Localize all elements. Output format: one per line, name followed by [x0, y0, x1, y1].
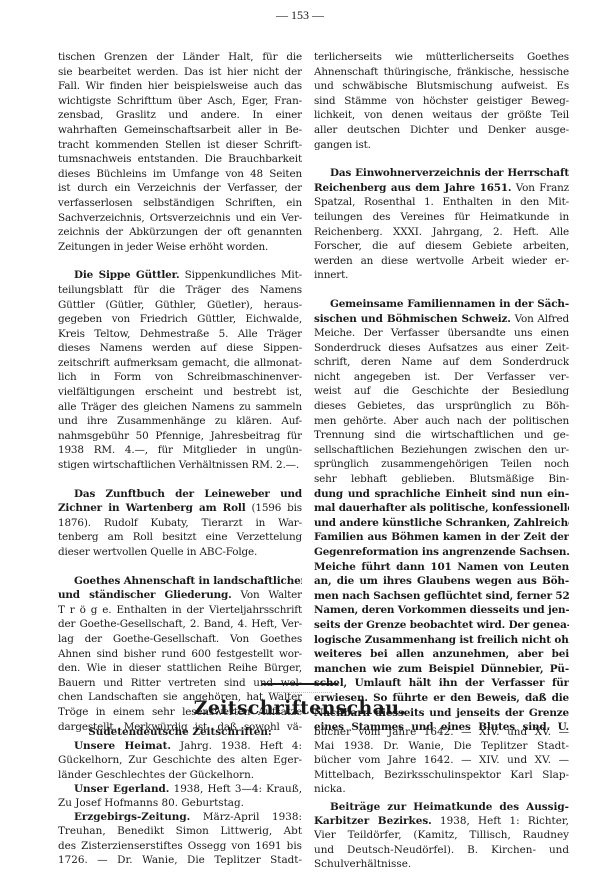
text-line: sehr lebhaft geblieben. Blutsmäßige Bin- [314, 472, 569, 487]
journal-title: Beiträge zur Heimatkunde des Aussig- [314, 800, 569, 814]
text-line: dieses Gebietes, das ursprünglich zu Böh… [314, 399, 569, 414]
journal-entry-beitraege-heimatkunde: Beiträge zur Heimatkunde des Aussig- Kar… [314, 800, 569, 871]
journal-title: Unsere Heimat. [74, 740, 171, 752]
journal-title: Karbitzer Bezirkes. [314, 815, 432, 827]
text-line: schel, Umlauft hält ihn der Verfasser fü… [314, 676, 569, 691]
text-line: Güttler (Gütler, Güthler, Güetler), hera… [58, 298, 302, 313]
text-line: vielfältigungen erscheint und bestrebt i… [58, 385, 302, 400]
text-line: 1876). Rudolf Kubaty, Tierarzt in War- [58, 516, 302, 531]
text-line: nicka. [314, 782, 569, 796]
text-line: Kreis Teltow, Dehmestraße 5. Alle Träger [58, 327, 302, 342]
text-line: (1596 bis [246, 502, 302, 514]
text-line: 1938 RM. 4.—, für Mitglieder in ungün- [58, 443, 302, 458]
journal-title: Unser Egerland. [74, 783, 169, 795]
text-line: Mittelbach, Bezirksschulinspektor Karl S… [314, 768, 569, 782]
journal-entry-unser-egerland: Unser Egerland. 1938, Heft 3—4: Krauß, Z… [58, 782, 302, 810]
text-line: Mai 1938. Dr. Wanie, Die Teplitzer Stadt… [314, 739, 569, 753]
entry-title: Goethes Ahnenschaft in landschaftlicher [58, 574, 302, 589]
text-line: verfasserlosen selbständigen Schriften, … [58, 196, 302, 211]
text-line: teilungen des Vereines für Heimatkunde i… [314, 210, 569, 225]
text-line: lag der Goethe-Gesellschaft. Von Goethes [58, 632, 302, 647]
text-line: Gegenreformation ins angrenzende Sachsen… [314, 545, 569, 560]
text-line: tumsnachweis entstanden. Die Brauchbarke… [58, 152, 302, 167]
text-line: terlicherseits wie mütterlicherseits Goe… [314, 50, 569, 65]
text-line: sind Stämme von höchster geistiger Beweg… [314, 94, 569, 109]
text-line: Sonderdruck dieses Aufsatzes aus einer Z… [314, 341, 569, 356]
text-line: Meiche führt dann 101 Namen von Leuten [314, 560, 569, 575]
text-line: wahrhaften Gemeinschaftsarbeit aller in … [58, 123, 302, 138]
text-line: zensbad, Graslitz und andere. In einer [58, 108, 302, 123]
entry-title: Das Zunftbuch der Leineweber und [58, 487, 302, 502]
text-line: dung und sprachliche Einheit sind nun ei… [314, 487, 569, 502]
text-line: 1938, Heft 3—4: Krauß, [169, 783, 302, 795]
journal-entry-erzgebirgs-zeitung: Erzgebirgs-Zeitung. März-April 1938: Tre… [58, 810, 302, 867]
text-line: Zu Josef Hofmanns 80. Geburtstag. [58, 796, 302, 810]
text-line: März-April 1938: [190, 811, 302, 823]
text-line: Von Alfred [511, 313, 569, 325]
text-line: logische Zusammenhang ist freilich nicht… [314, 633, 569, 648]
text-line: schrift, deren Name auf dem Sonderdruck [314, 355, 569, 370]
text-line: und ihre Zusammenhänge zu klären. Auf- [58, 414, 302, 429]
text-line: teilungsblatt für die Träger des Namens [58, 283, 302, 298]
text-line: tischen Grenzen der Länder Halt, für die [58, 50, 302, 65]
text-line: Sippenkundliches Mit- [179, 269, 302, 281]
text-line: Sachverzeichnis, Ortsverzeichnis und ein… [58, 211, 302, 226]
journal-review-left: Sudetendeutsche Zeitschriften: Unsere He… [58, 725, 302, 867]
text-line: Zeitungen in jeder Weise erhöht worden. [58, 240, 302, 255]
journal-review-right: bücher vom Jahre 1642. — XIV. und XV. — … [314, 725, 569, 871]
paragraph-sippe-guettler: Die Sippe Güttler. Sippenkundliches Mit-… [58, 268, 302, 472]
text-line: zeichnis der Abkürzungen der oft genannt… [58, 225, 302, 240]
left-column: tischen Grenzen der Länder Halt, für die… [58, 50, 302, 734]
entry-title: Das Einwohnerverzeichnis der Herrschaft [314, 166, 569, 181]
text-line: dieses Namens werden auf diese Sippen- [58, 341, 302, 356]
text-line: der Goethe-Gesellschaft, 2. Band, 4. Hef… [58, 617, 302, 632]
text-line: und andere künstliche Schranken, Zahlrei… [314, 516, 569, 531]
text-line: T r ö g e. Enthalten in der Vierteljahrs… [58, 603, 302, 618]
paragraph-bibliography-continuation: tischen Grenzen der Länder Halt, für die… [58, 50, 302, 254]
journal-entry-unsere-heimat: Unsere Heimat. Jahrg. 1938. Heft 4: Gück… [58, 739, 302, 782]
text-line: Familien aus Böhmen kamen in der Zeit de… [314, 530, 569, 545]
text-line: werden an diese wertvolle Arbeit wieder … [314, 254, 569, 269]
entry-title: sischen und Böhmischen Schweiz. [314, 313, 511, 325]
section-divider-dots [268, 692, 332, 694]
text-line: gegeben von Friedrich Güttler, Eichwalde… [58, 312, 302, 327]
text-line: 1726. — Dr. Wanie, Die Teplitzer Stadt- [58, 853, 302, 867]
text-line: Von Walter [232, 589, 302, 601]
paragraph-goethes-continuation: terlicherseits wie mütterlicherseits Goe… [314, 50, 569, 152]
text-line: Meiche. Der Verfasser übersandte uns ein… [314, 326, 569, 341]
text-line: men nach Sachsen geflüchtet sind, ferner… [314, 589, 569, 604]
text-line: lich in Form von Schreibmaschinenver- [58, 370, 302, 385]
text-line: tenberg am Roll besitzt eine Verzettelun… [58, 530, 302, 545]
text-line: an, die um ihres Glaubens wegen aus Böh- [314, 574, 569, 589]
text-line: bücher vom Jahre 1642. — XIV. und XV. — [314, 725, 569, 739]
page-number: — 153 — [0, 8, 600, 23]
text-line: wichtigste Schrifttum über Asch, Eger, F… [58, 94, 302, 109]
journal-entry-erzgebirgs-continuation: bücher vom Jahre 1642. — XIV. und XV. — … [314, 725, 569, 796]
text-line: Gückelhorn, Zur Geschichte des alten Ege… [58, 753, 302, 767]
text-line: Reichenberg. XXXI. Jahrgang, 2. Heft. Al… [314, 225, 569, 240]
text-line: innert. [314, 268, 569, 283]
text-line: Treuhan, Benedikt Simon Littwerig, Abt [58, 824, 302, 838]
text-line: Ahnenschaft thüringische, fränkische, he… [314, 65, 569, 80]
text-line: und Deutsch-Neudörfel). B. Kirchen- und [314, 843, 569, 857]
text-line: weiteres bei allen anzunehmen, aber bei [314, 647, 569, 662]
text-line: Jahrg. 1938. Heft 4: [171, 740, 302, 752]
text-line: men gehörte. Aber auch nach der politisc… [314, 414, 569, 429]
text-line: Von Franz [511, 182, 569, 194]
entry-title: Zichner in Wartenberg am Roll [58, 502, 246, 514]
text-line: Trennung sind die wirtschaftlichen und g… [314, 428, 569, 443]
text-line: sellschaftlichen Beziehungen zwischen de… [314, 443, 569, 458]
text-line: zeitschrift aufmerksam gemacht, die allm… [58, 356, 302, 371]
text-line: den. Wie in dieser stattlichen Reihe Bür… [58, 661, 302, 676]
text-line: Spatzal, Rosenthal 1. Enthalten in den M… [314, 195, 569, 210]
text-line: seits der Grenze beobachtet wird. Der ge… [314, 618, 569, 633]
entry-title: Die Sippe Güttler. [74, 269, 179, 281]
text-line: stigen wirtschaftlichen Verhältnissen RM… [58, 458, 302, 473]
text-line: sprünglich zusammengehörigen Teilen noch [314, 457, 569, 472]
text-line: lichkeit, von denen weitaus der größte T… [314, 108, 569, 123]
section-divider-rule [262, 683, 338, 685]
text-line: alle Träger des gleichen Namens zu samme… [58, 400, 302, 415]
paragraph-einwohnerverzeichnis: Das Einwohnerverzeichnis der Herrschaft … [314, 166, 569, 283]
section-title: Zeitschriftenschau. [0, 697, 600, 719]
entry-title: Reichenberg aus dem Jahre 1651. [314, 182, 511, 194]
text-line: Ahnen sind bisher rund 600 festgestellt … [58, 647, 302, 662]
journal-title: Erzgebirgs-Zeitung. [74, 811, 190, 823]
text-line: Namen, deren Vorkommen diesseits und jen… [314, 603, 569, 618]
text-line: dieser wertvollen Quelle in ABC-Folge. [58, 545, 302, 560]
text-line: länder Geschlechtes der Gückelhorn. [58, 768, 302, 782]
text-line: und schwäbische Blutsmischung aufweist. … [314, 79, 569, 94]
subsection-heading: Sudetendeutsche Zeitschriften: [58, 725, 302, 739]
text-line: sie bearbeitet werden. Das ist hier nich… [58, 65, 302, 80]
text-line: dieses Büchleins im Umfange von 48 Seite… [58, 167, 302, 182]
text-line: Schulverhältnisse. [314, 857, 569, 871]
right-column: terlicherseits wie mütterlicherseits Goe… [314, 50, 569, 735]
text-line: gangen ist. [314, 138, 569, 153]
text-line: des Zisterzienserstiftes Ossegg von 1691… [58, 839, 302, 853]
text-line: 1938, Heft 1: Richter, [432, 815, 569, 827]
text-line: manchen wie zum Beispiel Dünnebier, Pü- [314, 662, 569, 677]
text-line: aller deutschen Dichter und Denker ausge… [314, 123, 569, 138]
text-line: mal dauerhafter als politische, konfessi… [314, 501, 569, 516]
entry-title: und ständischer Gliederung. [58, 589, 232, 601]
text-line: ist durch ein Verzeichnis der Verfasser,… [58, 181, 302, 196]
text-line: Vier Teildörfer, (Kamitz, Tillisch, Raud… [314, 828, 569, 842]
paragraph-familiennamen: Gemeinsame Familiennamen in der Säch- si… [314, 297, 569, 735]
text-line: bücher vom Jahre 1642. — XIV. und XV. — [314, 753, 569, 767]
text-line: tracht kommenden Stellen ist dieser Schr… [58, 138, 302, 153]
text-line: weist auf die Geschichte der Besiedlung [314, 384, 569, 399]
text-line: nahmsgebühr 50 Pfennige, Jahresbeitrag f… [58, 429, 302, 444]
paragraph-zunftbuch: Das Zunftbuch der Leineweber und Zichner… [58, 487, 302, 560]
entry-title: Gemeinsame Familiennamen in der Säch- [314, 297, 569, 312]
text-line: nicht angegeben ist. Der Verfasser ver- [314, 370, 569, 385]
text-line: Fall. Wir finden hier beispielsweise auc… [58, 79, 302, 94]
text-line: Forscher, die auf diesem Gebiete arbeite… [314, 239, 569, 254]
